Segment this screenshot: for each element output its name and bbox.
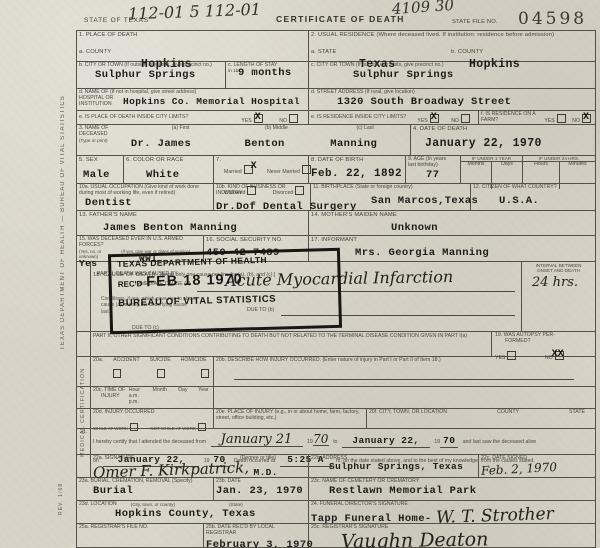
row-accident-injury: 20a. ACCIDENT SUICIDE HOMICIDE 20b. DESC… (77, 357, 595, 387)
pod-limits-no-checkbox (289, 114, 298, 123)
field-date-signed: 22c. DATE SIGNED Feb. 2, 1970 (479, 455, 595, 477)
citizen-value: U.S.A. (473, 191, 593, 207)
date-of-death-value: January 22, 1970 (413, 133, 593, 150)
no-label: NO (451, 118, 459, 124)
row-injury-location: 20d. INJURY OCCURRED WHILE AT WORK NOT W… (77, 409, 595, 429)
hospital-value: Hopkins Co. Memorial Hospital (123, 97, 300, 108)
suicide-label: SUICIDE (150, 358, 171, 364)
race-label: 6. COLOR OR RACE (126, 157, 211, 164)
handwritten-top-numbers: 4109 30 (392, 0, 455, 17)
field-autopsy: 19. WAS AUTOPSY PER- FORMED? YES NOXX (491, 332, 595, 356)
field-physician-signature: 22a. SIGNATURE (Degree or title) Omer F.… (77, 455, 309, 477)
field-injury-occurred: 20d. INJURY OCCURRED WHILE AT WORK NOT W… (77, 409, 214, 428)
usual-residence-label: 2. USUAL RESIDENCE (Where deceased lived… (311, 32, 593, 39)
row-sex-race-age: 5. SEX Male 6. COLOR OR RACE White 7. Ma… (77, 156, 595, 184)
location-value: Hopkins County, Texas (79, 508, 306, 520)
field-date-of-death: 4. DATE OF DEATH January 22, 1970 (411, 125, 595, 155)
field-hospital: d. NAME OF (If not in hospital, give str… (77, 89, 309, 110)
occupation-value: Dentist (79, 197, 211, 209)
pod-city-value: Sulphur Springs (79, 69, 223, 81)
row-burial: 23a. BURIAL, CREMATION, REMOVAL (Specify… (77, 478, 595, 501)
stamp-agency: TEXAS DEPARTMENT OF HEALTH (117, 253, 331, 269)
res-city-value: Sulphur Springs (311, 69, 593, 81)
stamp-date: FEB 18 1970 (146, 272, 243, 291)
row-city-limits: e. IS PLACE OF DEATH INSIDE CITY LIMITS?… (77, 111, 595, 125)
injury-20a-number: 20a. (93, 358, 103, 364)
row-part2-autopsy: PART II. OTHER SIGNIFICANT CONDITIONS CO… (77, 331, 595, 356)
no-label: NO (572, 118, 580, 124)
registrar-date-label: 25b. DATE REC'D BY LOCAL REGISTRAR (206, 525, 306, 537)
certify-from-date: January 21 (211, 433, 303, 447)
informant-value: Mrs. Georgia Manning (311, 244, 593, 259)
x-mark: X (251, 161, 257, 172)
business-value: Dr.Dof Dental Surgery (216, 197, 308, 213)
row-time-of-injury: 20c. TIME OF INJURY Hour a.m. p.m. Month… (77, 387, 595, 409)
cemetery-value: Restlawn Memorial Park (311, 485, 593, 497)
row-location-director: 23d. LOCATION (City, town, or county) (S… (77, 501, 595, 524)
state-label: a. STATE (311, 49, 336, 55)
registrar-date-value: February 3, 1970 (206, 537, 306, 548)
homicide-checkbox (201, 369, 209, 378)
field-burial-date: 23b. DATE Jan. 23, 1970 (214, 478, 309, 500)
marital-number: 7. (216, 157, 221, 164)
field-sex: 5. SEX Male (77, 156, 124, 183)
stamp-recd: REC'D (118, 279, 143, 289)
field-certification-statement: 21. I hereby certify that I attended the… (77, 429, 595, 455)
burial-value: Burial (79, 485, 211, 497)
day-label: Day (178, 387, 198, 408)
middle-name-value: Benton (231, 132, 323, 150)
res-county-label: b. COUNTY (451, 49, 483, 55)
field-race: 6. COLOR OR RACE White (124, 156, 214, 183)
business-label: 10b. KIND OF BUSINESS OR INDUSTRY (216, 185, 308, 197)
dob-value: Feb. 22, 1892 (311, 164, 403, 181)
ssn-label: 16. SOCIAL SECURITY NO. (206, 237, 306, 244)
registrar-file-label: 25a. REGISTRAR'S FILE NO. (79, 525, 201, 531)
row-parents: 13. FATHER'S NAME James Benton Manning 1… (77, 211, 595, 236)
x-mark: X (255, 112, 261, 123)
part2-label: PART II. OTHER SIGNIFICANT CONDITIONS CO… (77, 332, 491, 356)
field-place-of-injury: 20e. PLACE OF INJURY (e.g., in or about … (214, 409, 367, 428)
state-file-no-label: STATE FILE NO. (452, 19, 498, 26)
res-limits-label: e. IS RESIDENCE INSIDE CITY LIMITS? (311, 115, 406, 121)
field-place-of-death: 1. PLACE OF DEATH a. COUNTY Hopkins (77, 31, 309, 61)
x-mark: X (583, 112, 589, 123)
row-physician-signature: 22a. SIGNATURE (Degree or title) Omer F.… (77, 455, 595, 478)
certify-from-year: 70 (313, 433, 329, 446)
physician-degree-value: M.D. (253, 467, 277, 478)
farm-label: f. IS RESIDENCE ON A FARM? (481, 112, 544, 124)
field-marital-status: 7. MarriedX Never Married Widowed Divorc… (214, 156, 309, 183)
time-of-injury-label2: INJURY (93, 394, 129, 400)
handwritten-file-numbers: 112-01 5 112-01 (128, 2, 261, 23)
farm-no-checkbox: X (582, 114, 591, 123)
sex-label: 5. SEX (79, 157, 121, 164)
field-farm: f. IS RESIDENCE ON A FARM? YES NOX (479, 111, 595, 124)
father-value: James Benton Manning (79, 219, 306, 234)
certify-to-date: January 22, (342, 436, 430, 448)
field-cemetery: 23c. NAME OF CEMETERY OR CREMATORY Restl… (309, 478, 595, 500)
field-father-name: 13. FATHER'S NAME James Benton Manning (77, 211, 309, 235)
last-name-value: Manning (322, 132, 408, 150)
mother-value: Unknown (311, 219, 593, 234)
field-date-of-birth: 8. DATE OF BIRTH Feb. 22, 1892 (309, 156, 406, 183)
homicide-label: HOMICIDE (181, 358, 207, 364)
yes-label: YES (544, 118, 554, 124)
field-length-of-stay: c. LENGTH OF STAY in 1b. 9 months (226, 62, 309, 88)
field-accident-suicide-homicide: 20a. ACCIDENT SUICIDE HOMICIDE (77, 357, 214, 386)
burial-date-value: Jan. 23, 1970 (216, 485, 306, 497)
address-value: Sulphur Springs, Texas (311, 462, 476, 473)
field-res-limits: e. IS RESIDENCE INSIDE CITY LIMITS? YESX… (309, 111, 479, 124)
place-of-death-label: 1. PLACE OF DEATH (79, 32, 306, 39)
stay-value: 9 months (228, 67, 306, 79)
field-interval: INTERVAL BETWEEN ONSET AND DEATH 24 hrs. (521, 262, 595, 332)
accident-checkbox (113, 369, 121, 378)
certify-text2: to (333, 439, 337, 445)
age-value: 77 (408, 169, 458, 181)
hospital-label2: HOSPITAL OR INSTITUTION (79, 96, 123, 108)
row-occupation: 10a. USUAL OCCUPATION (Give kind of work… (77, 184, 595, 211)
field-usual-residence: 2. USUAL RESIDENCE (Where deceased lived… (309, 31, 595, 61)
res-limits-yes-checkbox: X (430, 114, 439, 123)
x-mark: X (431, 112, 437, 123)
accident-label: ACCIDENT (113, 358, 140, 364)
field-res-city: c. CITY OR TOWN (If outside city limits,… (309, 62, 595, 88)
stamp-bureau: BUREAU OF VITAL STATISTICS (118, 292, 332, 309)
mother-label: 14. MOTHER'S MAIDEN NAME (311, 212, 593, 219)
suicide-checkbox (157, 369, 165, 378)
interval-value: 24 hrs. (524, 274, 593, 289)
field-registrar-date: 25b. DATE REC'D BY LOCAL REGISTRAR Febru… (204, 524, 309, 547)
field-age: 9. AGE (In years last birthday) 77 (406, 156, 461, 183)
field-occupation: 10a. USUAL OCCUPATION (Give kind of work… (77, 184, 214, 210)
field-time-of-injury-blank (214, 387, 595, 408)
registrar-signature-value: Vaughn Deaton (311, 529, 593, 548)
sex-value: Male (79, 164, 121, 181)
date-of-death-label: 4. DATE OF DEATH (413, 126, 593, 133)
certify-to-year: 70 (440, 436, 458, 448)
field-street-address: d. STREET ADDRESS (If rural, give locati… (309, 89, 595, 110)
place-of-injury-label: 20e. PLACE OF INJURY (e.g., in or about … (216, 410, 364, 422)
field-physician-address: 22b. ADDRESS Sulphur Springs, Texas (309, 455, 479, 477)
certificate-form: 1. PLACE OF DEATH a. COUNTY Hopkins 2. U… (76, 30, 596, 548)
certify-text3: and last saw the deceased alive (463, 439, 537, 445)
race-value: White (126, 164, 211, 181)
certificate-title: CERTIFICATE OF DEATH (276, 14, 405, 24)
occupation-label: 10a. USUAL OCCUPATION (Give kind of work… (79, 185, 211, 197)
row-name-deceased: 3. NAME OF DECEASED (Type or print) (a) … (77, 125, 595, 156)
first-name-value: Dr. James (131, 132, 231, 150)
field-under-24-hrs: IF UNDER 24 HRS. Hours Minutes (523, 156, 595, 183)
month-label: Month (153, 387, 179, 408)
field-citizen: 12. CITIZEN OF WHAT COUNTRY? U.S.A. (471, 184, 595, 210)
pm-label: p.m. (129, 400, 153, 406)
dob-label: 8. DATE OF BIRTH (311, 157, 403, 164)
autopsy-label2: FORMED? (495, 339, 592, 345)
margin-form-revision: REV. 1/68 (58, 445, 64, 515)
informant-label: 17. INFORMANT (311, 237, 593, 244)
row-registrar: 25a. REGISTRAR'S FILE NO. 25b. DATE REC'… (77, 524, 595, 548)
never-married-label: Never Married (267, 169, 300, 175)
field-mother-name: 14. MOTHER'S MAIDEN NAME Unknown (309, 211, 595, 235)
field-burial-location: 23d. LOCATION (City, town, or county) (S… (77, 501, 309, 523)
injury-state-label: STATE (569, 410, 593, 416)
year-label: Year (198, 387, 213, 408)
yes-label: YES (417, 118, 427, 124)
farm-yes-checkbox (557, 114, 566, 123)
injury-city-label: 20f. CITY, TOWN, OR LOCATION (369, 410, 447, 416)
field-time-of-injury: 20c. TIME OF INJURY Hour a.m. p.m. Month… (77, 387, 214, 408)
married-checkbox: X (244, 165, 253, 174)
field-registrar-file-no: 25a. REGISTRAR'S FILE NO. (77, 524, 204, 547)
field-how-injury-occurred: 20b. DESCRIBE HOW INJURY OCCURRED. (Ente… (214, 357, 595, 386)
injury-describe-label: 20b. DESCRIBE HOW INJURY OCCURRED. (Ente… (216, 358, 593, 364)
field-informant: 17. INFORMANT Mrs. Georgia Manning (309, 236, 595, 261)
field-funeral-director: 24. FUNERAL DIRECTOR'S SIGNATURE Tapp Fu… (309, 501, 595, 523)
father-label: 13. FATHER'S NAME (79, 212, 306, 219)
medical-strip-divider (90, 262, 91, 478)
scanned-death-certificate: STATE OF TEXAS 112-01 5 112-01 CERTIFICA… (0, 0, 600, 548)
field-registrar-signature: 25c. REGISTRAR'S SIGNATURE Vaughn Deaton (309, 524, 595, 547)
row-place-residence: 1. PLACE OF DEATH a. COUNTY Hopkins 2. U… (77, 31, 595, 62)
field-pod-city: b. CITY OR TOWN (If outside city limits,… (77, 62, 226, 88)
certify-text1: I hereby certify that I attended the dec… (93, 439, 206, 445)
married-label: Married (224, 169, 242, 175)
field-injury-city: 20f. CITY, TOWN, OR LOCATION COUNTY STAT… (367, 409, 595, 428)
name-label3: (Type or print) (79, 138, 131, 143)
yes-label: YES (241, 118, 251, 124)
injury-county-label: COUNTY (497, 410, 519, 416)
no-label: NO (279, 118, 287, 124)
pod-limits-label: e. IS PLACE OF DEATH INSIDE CITY LIMITS? (79, 115, 188, 121)
field-business: 10b. KIND OF BUSINESS OR INDUSTRY Dr.Dof… (214, 184, 311, 210)
field-burial: 23a. BURIAL, CREMATION, REMOVAL (Specify… (77, 478, 214, 500)
injury-occurred-label: 20d. INJURY OCCURRED (93, 410, 211, 416)
margin-agency-label: TEXAS DEPARTMENT OF HEALTH — BUREAU OF V… (60, 40, 66, 350)
field-name-deceased: 3. NAME OF DECEASED (Type or print) (a) … (77, 125, 411, 155)
field-pod-limits: e. IS PLACE OF DEATH INSIDE CITY LIMITS?… (77, 111, 309, 124)
row-city-town: b. CITY OR TOWN (If outside city limits,… (77, 62, 595, 89)
medical-certification-label: MEDICAL CERTIFICATION (80, 277, 86, 457)
county-label: a. COUNTY (79, 49, 111, 55)
row-hospital-street: d. NAME OF (If not in hospital, give str… (77, 89, 595, 111)
field-under-1-year: IF UNDER 1 YEAR Months Days (461, 156, 523, 183)
street-value: 1320 South Broadway Street (311, 96, 593, 108)
location-label: 23d. LOCATION (79, 502, 117, 508)
res-limits-no-checkbox (461, 114, 470, 123)
armed-forces-label: 15. WAS DECEASED EVER IN U.S. ARMED FORC… (79, 237, 201, 249)
state-file-number: 04598 (518, 9, 587, 29)
pod-limits-yes-checkbox: X (254, 114, 263, 123)
received-stamp: TEXAS DEPARTMENT OF HEALTH REC'DFEB 18 1… (108, 248, 342, 334)
